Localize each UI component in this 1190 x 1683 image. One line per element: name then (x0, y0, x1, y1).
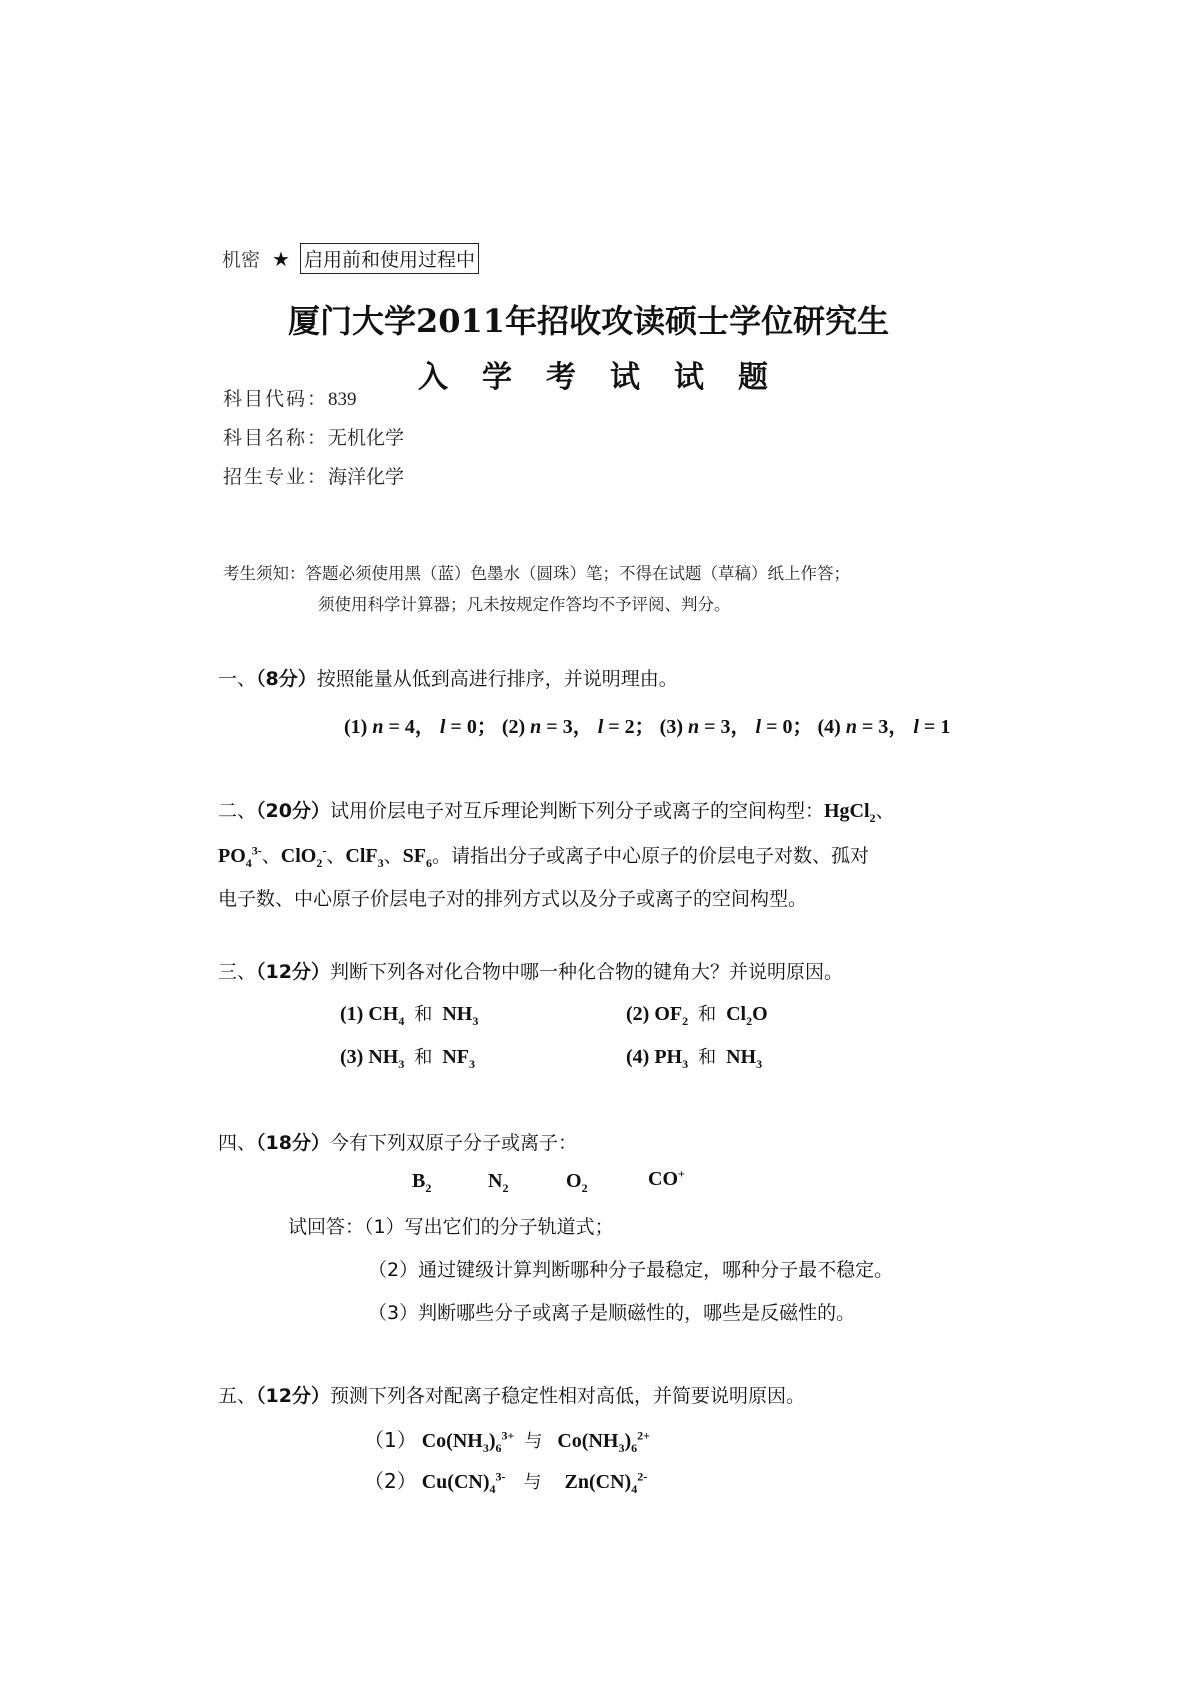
question-index: 一、 (218, 668, 256, 690)
connector: 和 (414, 1047, 432, 1068)
connector: 和 (698, 1047, 716, 1068)
question-4: 四、（18分）今有下列双原子分子或离子： (218, 1128, 577, 1155)
question-3-pair-2: (2) OF2和Cl2O (626, 1000, 768, 1026)
question-index: 五、 (218, 1385, 256, 1407)
question-4-sub-1: 试回答：（1）写出它们的分子轨道式； (288, 1212, 614, 1239)
species-co-plus: CO+ (648, 1168, 685, 1191)
question-index: 四、 (218, 1132, 256, 1154)
species-n2: N2 (488, 1170, 508, 1193)
item-label: (4) (817, 716, 840, 738)
exam-subtitle: 入学考试试题 (418, 352, 802, 396)
confidential-label: 机密 (222, 245, 260, 272)
subtitle-char: 入 (418, 352, 482, 396)
question-3-pair-4: (4) PH3和NH3 (626, 1043, 762, 1069)
question-3-pair-3: (3) NH3和NF3 (340, 1043, 475, 1069)
species-sf6: SF6 (403, 845, 432, 867)
question-text: 试用价层电子对互斥理论判断下列分子或离子的空间构型： (330, 800, 824, 822)
item-label: （2） (364, 1469, 417, 1493)
notice-text-1: 答题必须使用黑（蓝）色墨水（圆珠）笔；不得在试题（草稿）纸上作答； (306, 564, 851, 583)
question-text: 按照能量从低到高进行排序，并说明理由。 (317, 668, 678, 690)
notice-line-1: 考生须知：答题必须使用黑（蓝）色墨水（圆珠）笔；不得在试题（草稿）纸上作答； (223, 560, 850, 584)
l-value: 2 (625, 716, 635, 738)
question-points: （18分） (256, 1132, 330, 1154)
l-value: 0 (467, 716, 477, 738)
connector: 与 (524, 1472, 542, 1493)
question-3: 三、（12分）判断下列各对化合物中哪一种化合物的键角大？并说明原因。 (218, 957, 843, 984)
subtitle-char: 题 (738, 352, 802, 396)
connector: 与 (524, 1431, 542, 1452)
item-label: (2) (626, 1003, 649, 1025)
question-index: 二、 (218, 800, 256, 822)
subtitle-char: 试 (674, 352, 738, 396)
question-2-line-1: 二、（20分）试用价层电子对互斥理论判断下列分子或离子的空间构型：HgCl2、 (218, 796, 895, 823)
n-value: 3 (563, 716, 573, 738)
item-label: （1） (364, 1428, 417, 1452)
exam-title: 厦门大学2011年招收攻读硕士学位研究生 (288, 296, 889, 342)
question-3-pair-1: (1) CH4和NH3 (340, 1000, 478, 1026)
question-index: 三、 (218, 961, 256, 983)
species-hgcl2: HgCl2 (824, 800, 876, 822)
item-label: (3) (660, 716, 683, 738)
subject-name-value: 无机化学 (328, 427, 404, 449)
subject-code-label: 科目代码： (223, 388, 328, 410)
question-text: 预测下列各对配离子稳定性相对高低，并简要说明原因。 (330, 1385, 805, 1407)
subject-code-row: 科目代码：839 (223, 384, 357, 411)
connector: 和 (698, 1004, 716, 1025)
question-text: 判断下列各对化合物中哪一种化合物的键角大？并说明原因。 (330, 961, 843, 983)
major-value: 海洋化学 (328, 466, 404, 488)
question-2-line-3: 电子数、中心原子价层电子对的排列方式以及分子或离子的空间构型。 (218, 884, 807, 911)
species-clf3: ClF3 (345, 845, 383, 867)
connector: 和 (414, 1004, 432, 1025)
item-label: (4) (626, 1046, 649, 1068)
subject-name-row: 科目名称：无机化学 (223, 423, 404, 450)
star-icon: ★ (272, 247, 290, 271)
question-1-items: (1) n = 4， l = 0； (2) n = 3， l = 2； (3) … (344, 710, 950, 739)
question-text: 今有下列双原子分子或离子： (330, 1132, 577, 1154)
subject-code-value: 839 (328, 389, 357, 410)
subtitle-char: 试 (610, 352, 674, 396)
item-label: (2) (502, 716, 525, 738)
confidential-row: 机密 ★ 启用前和使用过程中 (222, 243, 479, 274)
question-4-sub-3: （3）判断哪些分子或离子是顺磁性的，哪些是反磁性的。 (368, 1298, 855, 1325)
species-clo2: ClO2- (281, 845, 327, 867)
species-b2: B2 (412, 1170, 431, 1193)
n-value: 3 (721, 716, 731, 738)
item-label: (3) (340, 1046, 363, 1068)
question-points: （12分） (256, 961, 330, 983)
subtitle-char: 考 (546, 352, 610, 396)
question-4-sub-2: （2）通过键级计算判断哪种分子最稳定，哪种分子最不稳定。 (368, 1255, 893, 1282)
l-value: 1 (940, 716, 950, 738)
major-label: 招生专业： (223, 466, 328, 488)
notice-label: 考生须知： (223, 564, 306, 583)
question-1: 一、（8分）按照能量从低到高进行排序，并说明理由。 (218, 664, 678, 691)
question-5: 五、（12分）预测下列各对配离子稳定性相对高低，并简要说明原因。 (218, 1381, 805, 1408)
question-2-line-2: PO43-、ClO2-、ClF3、SF6。请指出分子或离子中心原子的价层电子对数… (218, 841, 869, 868)
confidential-box: 启用前和使用过程中 (300, 243, 479, 274)
item-label: (1) (340, 1003, 363, 1025)
subtitle-char: 学 (482, 352, 546, 396)
answer-label: 试回答： (288, 1216, 364, 1238)
subquestion-text: （1）写出它们的分子轨道式； (364, 1216, 614, 1238)
n-value: 4 (405, 716, 415, 738)
question-points: （12分） (256, 1385, 330, 1407)
question-text: 请指出分子或离子中心原子的价层电子对数、孤对 (451, 845, 869, 867)
l-value: 0 (782, 716, 792, 738)
question-points: （20分） (256, 800, 330, 822)
notice-line-2: 须使用科学计算器；凡未按规定作答均不予评阅、判分。 (318, 591, 731, 615)
species-o2: O2 (566, 1170, 588, 1193)
item-label: (1) (344, 716, 367, 738)
n-value: 3 (878, 716, 888, 738)
subject-name-label: 科目名称： (223, 427, 328, 449)
major-row: 招生专业：海洋化学 (223, 462, 404, 489)
question-5-pair-1: （1） Co(NH3)63+与 Co(NH3)62+ (364, 1424, 650, 1453)
question-points: （8分） (256, 668, 317, 690)
question-5-pair-2: （2） Cu(CN)43-与 Zn(CN)42- (364, 1465, 647, 1494)
species-po4: PO43- (218, 845, 262, 867)
